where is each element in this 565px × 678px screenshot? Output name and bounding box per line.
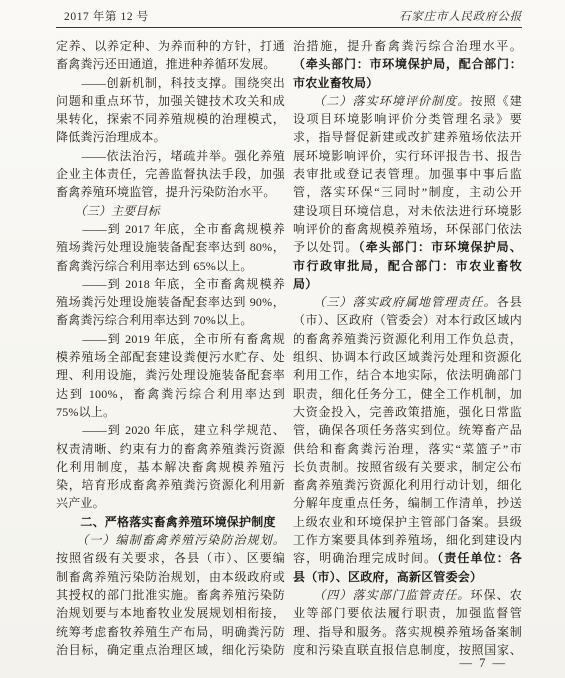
- text-segment-normal: 度和污染直联直报信息制度，按照国家、: [293, 643, 522, 657]
- text-line: 管，确保各项任务落实到位。统筹畜产品: [293, 421, 522, 439]
- text-segment-normal: ——到 2017 年底，全市畜禽规模养: [56, 222, 285, 236]
- text-line: 业等部门要依法履行职责，加强监督管: [293, 604, 522, 622]
- right-column: 治措施，提升畜禽粪污综合治理水平。（牵头部门：市环境保护局，配合部门：市农业畜牧…: [293, 37, 522, 659]
- text-line: （四）落实部门监管责任。环保、农: [293, 586, 522, 604]
- text-segment-normal: 治规划要与本地畜牧业发展规划相衔接，: [56, 606, 285, 620]
- text-segment-normal: 理、利用设施，粪污处理设施装备配套率: [56, 368, 285, 382]
- text-segment-bold: （牵头部门：市环境保护局，配合部门：: [293, 57, 522, 71]
- text-segment-normal: ——依法治污，堵疏并举。强化养殖: [56, 149, 285, 163]
- text-segment-normal: 化利用制度，基本解决畜禽规模养殖污: [56, 460, 285, 474]
- text-segment-normal: ——到 2020 年底，建立科学规范、: [56, 423, 285, 437]
- page-number: — 7 —: [460, 656, 508, 670]
- text-line: （市）、区政府（管委会）对本行政区域内: [293, 311, 522, 329]
- text-line: 治规划要与本地畜牧业发展规划相衔接，: [56, 604, 285, 622]
- text-line: （二）落实环境评价制度。按照《建: [293, 92, 522, 110]
- text-line: 工作方案要具体到养殖场，细化到建设内: [293, 531, 522, 549]
- text-segment-bold: 二、严格落实畜禽养殖环境保护制度: [56, 515, 276, 529]
- text-line: 长负责制。按照省级有关要求，制定公布: [293, 458, 522, 476]
- text-segment-kai: （二）落实环境评价制度。: [293, 94, 470, 108]
- text-segment-normal: 分解年度重点任务，编制工作清单，抄送: [293, 496, 522, 510]
- text-line: 治措施，提升畜禽粪污综合治理水平。: [293, 37, 522, 55]
- text-line: 兴产业。: [56, 494, 285, 512]
- text-segment-normal: 职责，细化任务分工，健全工作机制，加: [293, 387, 522, 401]
- text-line: 上级农业和环境保护主管部门备案。县级: [293, 513, 522, 531]
- text-segment-normal: 权责清晰、约束有力的畜禽养殖粪污资源: [56, 442, 285, 456]
- text-segment-bold: 市行政审批局，配合部门：市农业畜牧: [293, 259, 522, 273]
- text-line: ——创新机制，科技支撑。围绕突出: [56, 74, 285, 92]
- text-line: 求，指导督促新建或改扩建养殖场依法开: [293, 128, 522, 146]
- text-segment-normal: 予以处罚。: [293, 240, 359, 254]
- text-line: 市农业畜牧局）: [293, 74, 522, 92]
- text-segment-normal: 模养殖场全部配套建设粪便污水贮存、处: [56, 350, 285, 364]
- text-segment-normal: ——创新机制，科技支撑。围绕突出: [56, 76, 285, 90]
- text-segment-bold: 市农业畜牧局）: [293, 76, 378, 90]
- text-line: 畜禽养殖环境监管，提升污染防治水平。: [56, 183, 285, 201]
- text-line: 染，培育形成畜禽养殖粪污资源化利用新: [56, 476, 285, 494]
- text-segment-bold: （牵头部门：市环境保护局、: [359, 240, 522, 254]
- text-segment-normal: 理、指导和服务。落实规模养殖场备案制: [293, 625, 522, 639]
- text-segment-normal: 长负责制。按照省级有关要求，制定公布: [293, 460, 522, 474]
- text-line: 市行政审批局，配合部门：市农业畜牧: [293, 257, 522, 275]
- text-segment-normal: 设项目环境影响评价分类管理名录》要: [293, 112, 522, 126]
- text-line: 县（市）、区政府，高新区管委会）: [293, 568, 522, 586]
- text-line: （牵头部门：市环境保护局，配合部门：: [293, 55, 522, 73]
- text-segment-normal: 组织、协调本行政区域粪污处理和资源化: [293, 350, 522, 364]
- text-segment-normal: 治目标，确定重点治理区域，细化污染防: [56, 643, 285, 657]
- text-line: （一）编制畜禽养殖污染防治规划。: [56, 531, 285, 549]
- text-line: 达到 100%，畜禽粪污综合利用率达到: [56, 385, 285, 403]
- text-segment-kai: （四）落实部门监管责任。: [293, 588, 470, 602]
- text-segment-normal: 展环境影响评价，实行环评报告书、报告: [293, 149, 522, 163]
- page-header: 2017 年第 12 号 石家庄市人民政府公报: [56, 7, 522, 28]
- text-line: 权责清晰、约束有力的畜禽养殖粪污资源: [56, 440, 285, 458]
- text-segment-normal: 表审批或登记表管理。加强事中事后监: [293, 167, 522, 181]
- text-segment-normal: 殖场粪污处理设施装备配套率达到 80%，: [56, 240, 285, 254]
- page-footer: — 7 —: [460, 656, 508, 671]
- text-segment-normal: 容，明确治理完成时间。: [293, 551, 437, 565]
- text-line: （三）落实政府属地管理责任。各县: [293, 293, 522, 311]
- text-segment-normal: 制畜禽养殖污染防治规划，由本级政府或: [56, 570, 285, 584]
- text-line: 降低粪污治理成本。: [56, 128, 285, 146]
- text-segment-normal: 其授权的部门批准实施。畜禽养殖污染防: [56, 588, 285, 602]
- text-line: 殖场粪污处理设施装备配套率达到 90%，: [56, 293, 285, 311]
- text-line: 二、严格落实畜禽养殖环境保护制度: [56, 513, 285, 531]
- text-segment-kai: （一）编制畜禽养殖污染防治规划。: [56, 533, 285, 547]
- text-line: ——到 2017 年底，全市畜禽规模养: [56, 220, 285, 238]
- text-line: 75%以上。: [56, 403, 285, 421]
- text-line: 问题和重点环节，加强关键技术攻关和成: [56, 92, 285, 110]
- text-segment-normal: 畜禽粪污综合利用率达到 65%以上。: [56, 259, 253, 273]
- text-line: 模养殖场全部配套建设粪便污水贮存、处: [56, 348, 285, 366]
- text-segment-normal: 畜禽养殖粪污资源化利用行动计划，细化: [293, 478, 522, 492]
- text-segment-normal: 上级农业和环境保护主管部门备案。县级: [293, 515, 522, 529]
- text-segment-normal: 的畜禽养殖粪污资源化利用工作负总责，: [293, 332, 522, 346]
- text-segment-normal: 殖场粪污处理设施装备配套率达到 90%，: [56, 295, 285, 309]
- text-segment-normal: 统筹考虑畜牧养殖生产布局，明确粪污防: [56, 625, 285, 639]
- text-line: 管，落实环保“三同时”制度，主动公开: [293, 183, 522, 201]
- text-segment-normal: 企业主体责任，完善监督执法手段，加强: [56, 167, 285, 181]
- text-line: 定养、以养定种、为养而种的方针，打通: [56, 37, 285, 55]
- text-segment-bold: 县（市）、区政府，高新区管委会）: [293, 570, 482, 584]
- text-segment-kai: （三）主要目标: [56, 204, 160, 218]
- text-segment-normal: 求，指导督促新建或改扩建养殖场依法开: [293, 130, 522, 144]
- text-segment-normal: 降低粪污治理成本。: [56, 130, 166, 144]
- text-line: 的畜禽养殖粪污资源化利用工作负总责，: [293, 330, 522, 348]
- text-line: ——到 2018 年底，全市畜禽规模养: [56, 275, 285, 293]
- text-segment-normal: 建设项目环境信息，对未依法进行环境影: [293, 204, 522, 218]
- text-segment-normal: 按照省级有关要求，各县（市）、区要编: [56, 551, 285, 565]
- text-segment-normal: 各县: [497, 295, 522, 309]
- text-line: 大资金投入，完善政策措施，强化日常监: [293, 403, 522, 421]
- left-column: 定养、以养定种、为养而种的方针，打通畜禽粪污还田通道，推进种养循环发展。 ——创…: [56, 37, 285, 659]
- text-segment-normal: （市）、区政府（管委会）对本行政区域内: [293, 313, 522, 327]
- text-segment-normal: 治措施，提升畜禽粪污综合治理水平。: [293, 39, 522, 53]
- text-line: ——到 2020 年底，建立科学规范、: [56, 421, 285, 439]
- issue-number: 2017 年第 12 号: [56, 8, 149, 24]
- text-segment-bold: （责任单位：各: [437, 551, 522, 565]
- publication-title: 石家庄市人民政府公报: [399, 8, 522, 24]
- text-segment-normal: 大资金投入，完善政策措施，强化日常监: [293, 405, 522, 419]
- text-segment-normal: 利用工作，结合本地实际，依法明确部门: [293, 368, 522, 382]
- text-line: ——依法治污，堵疏并举。强化养殖: [56, 147, 285, 165]
- text-line: 分解年度重点任务，编制工作清单，抄送: [293, 494, 522, 512]
- text-segment-normal: 达到 100%，畜禽粪污综合利用率达到: [56, 387, 285, 401]
- text-segment-normal: 畜禽粪污还田通道，推进种养循环发展。: [56, 57, 276, 71]
- text-line: 畜禽养殖粪污资源化利用行动计划，细化: [293, 476, 522, 494]
- text-segment-normal: 工作方案要具体到养殖场，细化到建设内: [293, 533, 522, 547]
- text-line: 利用工作，结合本地实际，依法明确部门: [293, 366, 522, 384]
- text-line: 统筹考虑畜牧养殖生产布局，明确粪污防: [56, 623, 285, 641]
- text-segment-normal: ——到 2018 年底，全市畜禽规模养: [56, 277, 285, 291]
- text-segment-normal: 75%以上。: [56, 405, 115, 419]
- text-segment-normal: 畜禽养殖环境监管，提升污染防治水平。: [56, 185, 276, 199]
- text-line: 理、利用设施，粪污处理设施装备配套率: [56, 366, 285, 384]
- text-segment-normal: 兴产业。: [56, 496, 105, 510]
- text-line: （三）主要目标: [56, 202, 285, 220]
- text-line: 果转化，探索不同养殖规模的治理模式，: [56, 110, 285, 128]
- text-line: 响评价的畜禽规模养殖场，环保部门依法: [293, 220, 522, 238]
- text-line: 展环境影响评价，实行环评报告书、报告: [293, 147, 522, 165]
- text-line: 予以处罚。（牵头部门：市环境保护局、: [293, 238, 522, 256]
- text-segment-normal: 按照《建: [470, 94, 522, 108]
- text-line: 供给和畜禽粪污治理，落实“菜篮子”市: [293, 440, 522, 458]
- text-line: 按照省级有关要求，各县（市）、区要编: [56, 549, 285, 567]
- text-line: 组织、协调本行政区域粪污处理和资源化: [293, 348, 522, 366]
- text-line: 建设项目环境信息，对未依法进行环境影: [293, 202, 522, 220]
- text-line: 畜禽粪污还田通道，推进种养循环发展。: [56, 55, 285, 73]
- text-segment-normal: 环保、农: [470, 588, 522, 602]
- text-segment-bold: 局）: [293, 277, 317, 291]
- text-line: 局）: [293, 275, 522, 293]
- text-line: 畜禽粪污综合利用率达到 70%以上。: [56, 311, 285, 329]
- text-line: 制畜禽养殖污染防治规划，由本级政府或: [56, 568, 285, 586]
- text-segment-normal: 畜禽粪污综合利用率达到 70%以上。: [56, 313, 253, 327]
- text-segment-normal: 业等部门要依法履行职责，加强监督管: [293, 606, 522, 620]
- text-line: 化利用制度，基本解决畜禽规模养殖污: [56, 458, 285, 476]
- text-segment-normal: 管，确保各项任务落实到位。统筹畜产品: [293, 423, 522, 437]
- text-segment-kai: （三）落实政府属地管理责任。: [293, 295, 497, 309]
- text-line: 理、指导和服务。落实规模养殖场备案制: [293, 623, 522, 641]
- text-line: 职责，细化任务分工，健全工作机制，加: [293, 385, 522, 403]
- text-segment-normal: 供给和畜禽粪污治理，落实“菜篮子”市: [293, 442, 522, 456]
- text-line: 设项目环境影响评价分类管理名录》要: [293, 110, 522, 128]
- text-line: 表审批或登记表管理。加强事中事后监: [293, 165, 522, 183]
- text-line: 殖场粪污处理设施装备配套率达到 80%，: [56, 238, 285, 256]
- text-segment-normal: 问题和重点环节，加强关键技术攻关和成: [56, 94, 285, 108]
- text-line: 治目标，确定重点治理区域，细化污染防: [56, 641, 285, 659]
- text-line: 容，明确治理完成时间。（责任单位：各: [293, 549, 522, 567]
- text-segment-normal: 定养、以养定种、为养而种的方针，打通: [56, 39, 285, 53]
- text-segment-normal: ——到 2019 年底，全市所有畜禽规: [56, 332, 285, 346]
- text-segment-normal: 响评价的畜禽规模养殖场，环保部门依法: [293, 222, 522, 236]
- document-body: 定养、以养定种、为养而种的方针，打通畜禽粪污还田通道，推进种养循环发展。 ——创…: [56, 37, 522, 659]
- text-line: 畜禽粪污综合利用率达到 65%以上。: [56, 257, 285, 275]
- text-line: 其授权的部门批准实施。畜禽养殖污染防: [56, 586, 285, 604]
- text-segment-normal: 管，落实环保“三同时”制度，主动公开: [293, 185, 522, 199]
- text-segment-normal: 染，培育形成畜禽养殖粪污资源化利用新: [56, 478, 285, 492]
- gazette-page: 2017 年第 12 号 石家庄市人民政府公报 定养、以养定种、为养而种的方针，…: [0, 0, 565, 678]
- text-line: 企业主体责任，完善监督执法手段，加强: [56, 165, 285, 183]
- text-segment-normal: 果转化，探索不同养殖规模的治理模式，: [56, 112, 285, 126]
- text-line: ——到 2019 年底，全市所有畜禽规: [56, 330, 285, 348]
